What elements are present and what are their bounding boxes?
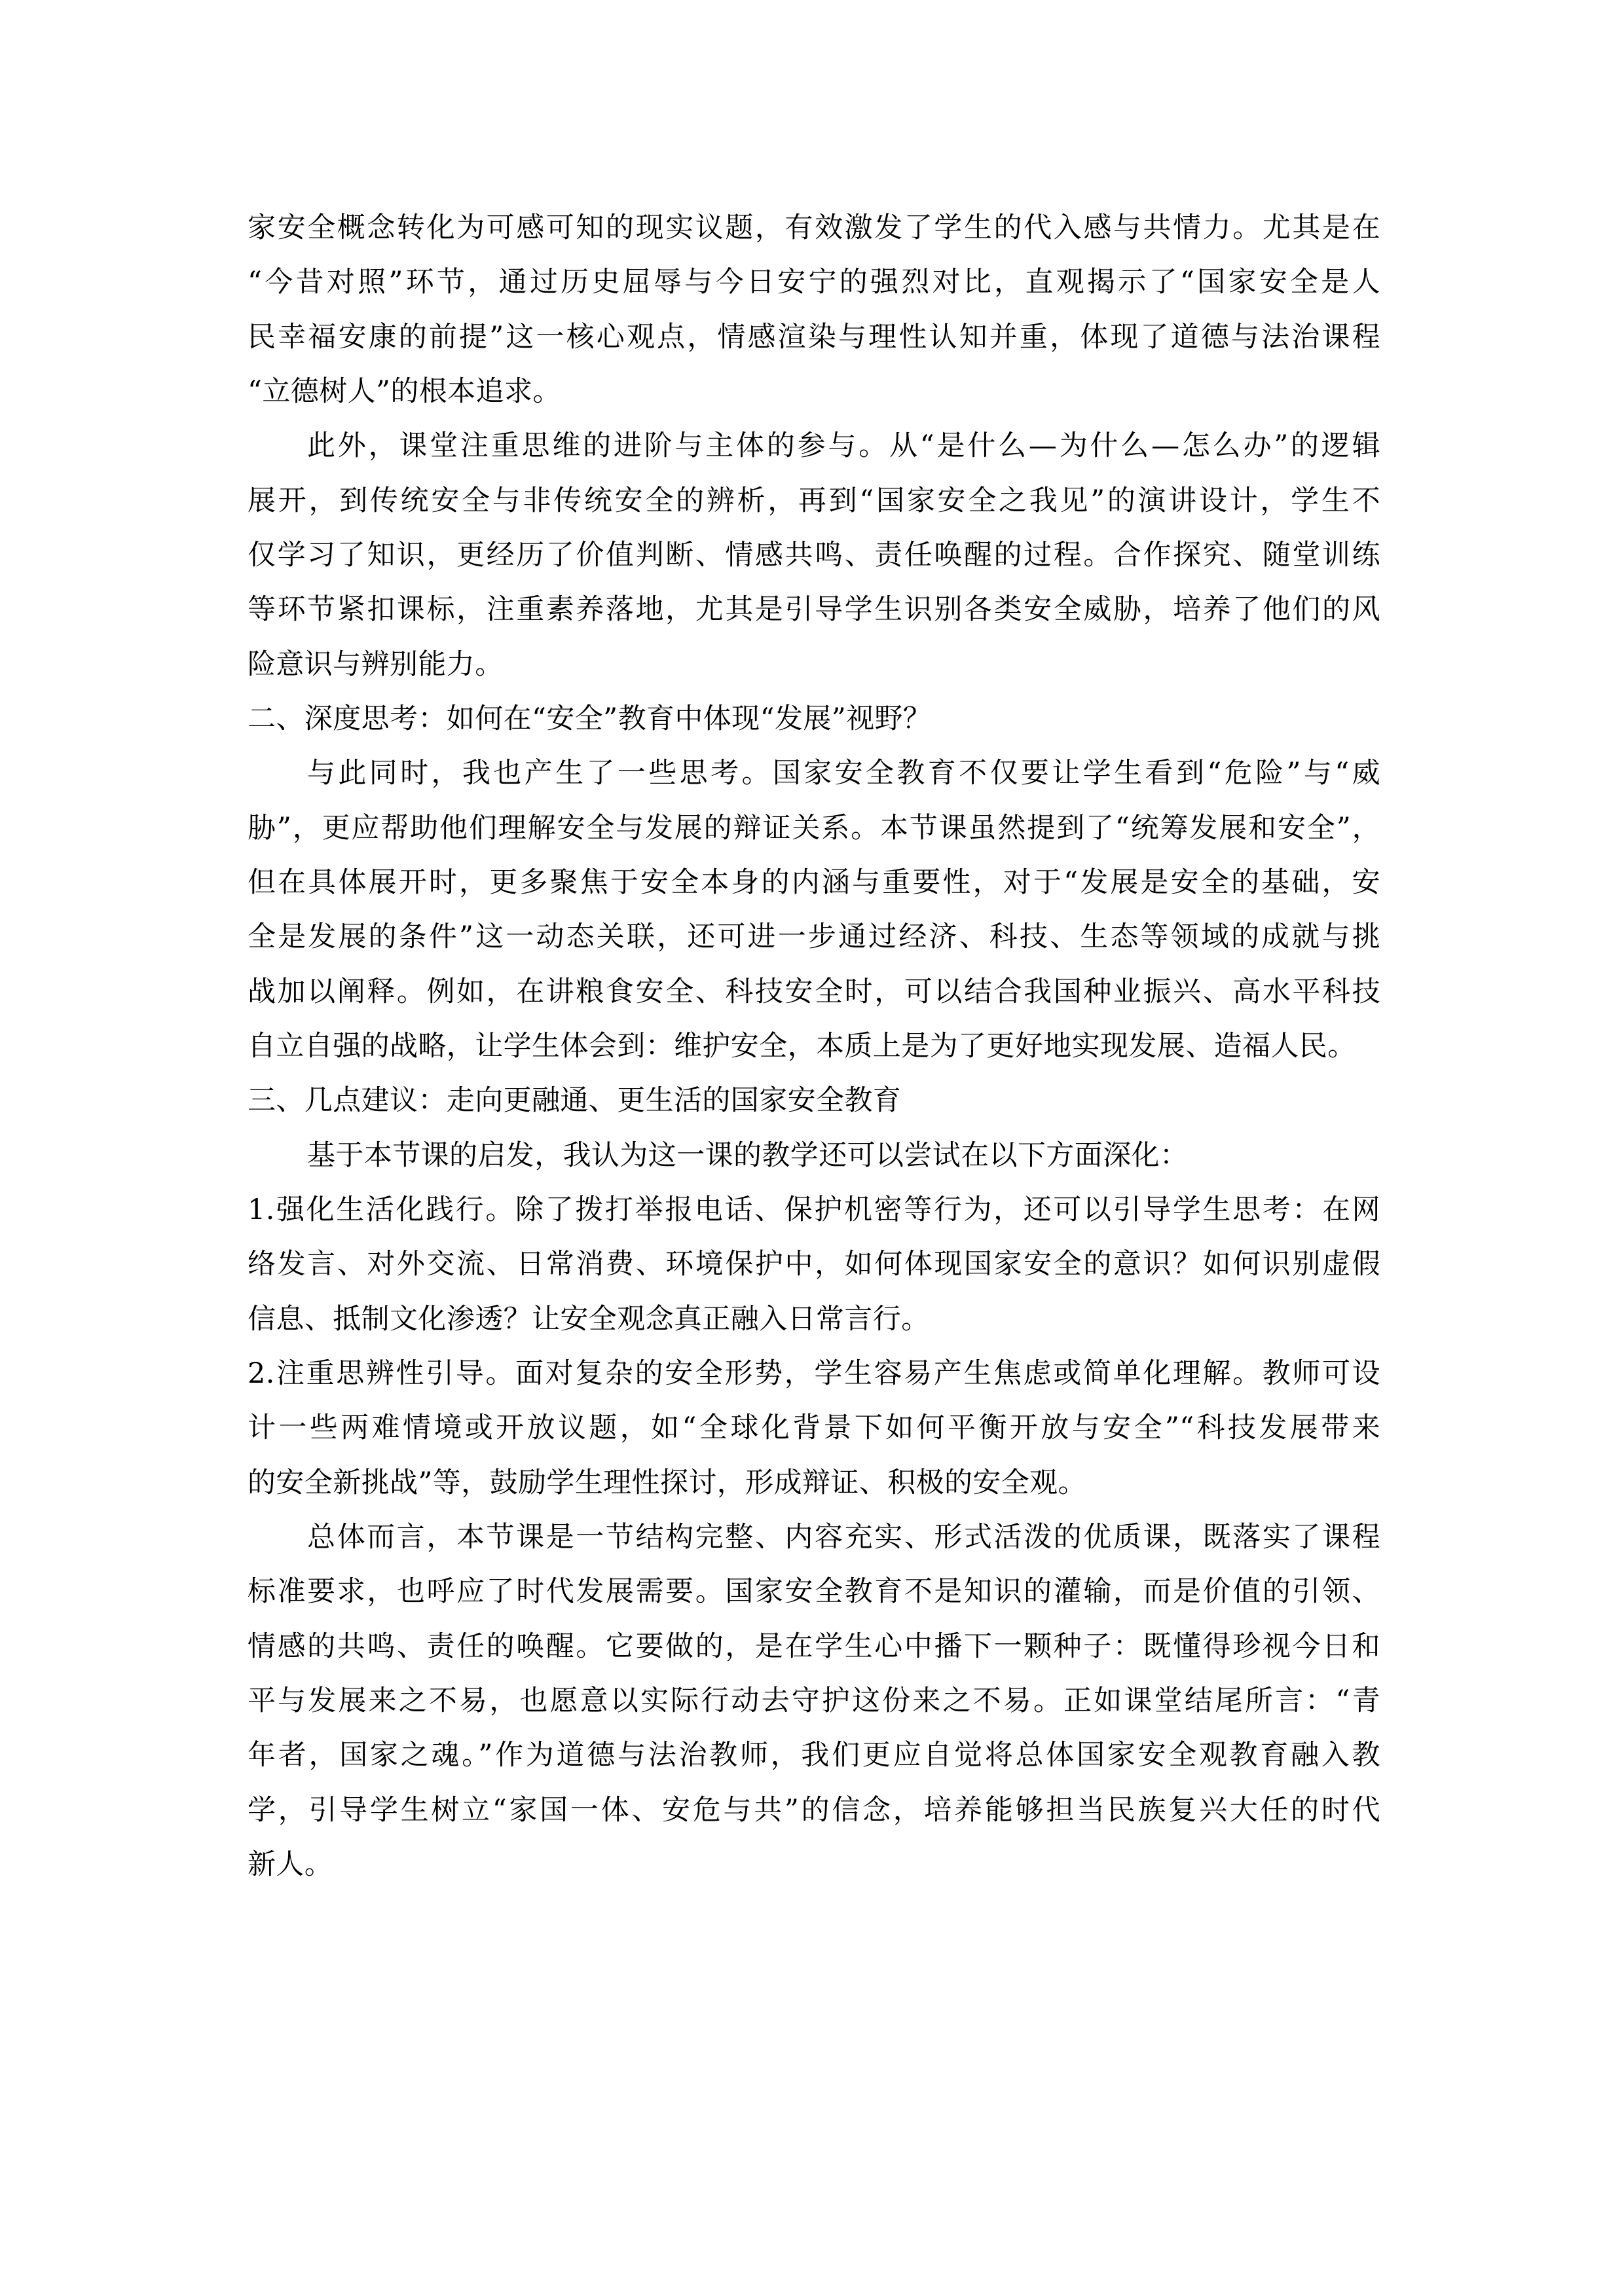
paragraph-thinking-progression: 此外，课堂注重思维的进阶与主体的参与。从“是什么—为什么—怎么办”的逻辑 展开，… [248, 419, 1380, 692]
text-line: 计一些两难情境或开放议题，如“全球化背景下如何平衡开放与安全”“科技发展带来 [248, 1401, 1380, 1455]
text-line: 与此同时，我也产生了一些思考。国家安全教育不仅要让学生看到“危险”与“威 [248, 746, 1380, 801]
text-line: 2.注重思辨性引导。面对复杂的安全形势，学生容易产生焦虑或简单化理解。教师可设 [248, 1347, 1380, 1401]
text-line: 1.强化生活化践行。除了拨打举报电话、保护机密等行为，还可以引导学生思考：在网 [248, 1183, 1380, 1237]
text-line: 总体而言，本节课是一节结构完整、内容充实、形式活泼的优质课，既落实了课程 [248, 1510, 1380, 1565]
text-line: 的安全新挑战”等，鼓励学生理性探讨，形成辩证、积极的安全观。 [248, 1456, 1380, 1510]
list-item-critical-thinking: 2.注重思辨性引导。面对复杂的安全形势，学生容易产生焦虑或简单化理解。教师可设 … [248, 1347, 1380, 1510]
text-line: 自立自强的战略，让学生体会到：维护安全，本质上是为了更好地实现发展、造福人民。 [248, 1019, 1380, 1074]
text-line: 信息、抵制文化渗透？让安全观念真正融入日常言行。 [248, 1292, 1380, 1347]
text-line: 络发言、对外交流、日常消费、环境保护中，如何体现国家安全的意识？如何识别虚假 [248, 1237, 1380, 1292]
text-line: 平与发展来之不易，也愿意以实际行动去守护这份来之不易。正如课堂结尾所言：“青 [248, 1674, 1380, 1728]
text-line: 胁”，更应帮助他们理解安全与发展的辩证关系。本节课虽然提到了“统筹发展和安全”， [248, 801, 1380, 856]
text-line: 险意识与辨别能力。 [248, 638, 1380, 692]
text-line: 标准要求，也呼应了时代发展需要。国家安全教育不是知识的灌输，而是价值的引领、 [248, 1565, 1380, 1619]
text-line: 新人。 [248, 1838, 1380, 1892]
text-line: “今昔对照”环节，通过历史屈辱与今日安宁的强烈对比，直观揭示了“国家安全是人 [248, 255, 1380, 310]
text-line: 全是发展的条件”这一动态关联，还可进一步通过经济、科技、生态等领域的成就与挑 [248, 910, 1380, 964]
document-page: 家安全概念转化为可感可知的现实议题，有效激发了学生的代入感与共情力。尤其是在 “… [0, 0, 1624, 2296]
text-line: 年者，国家之魂。”作为道德与法治教师，我们更应自觉将总体国家安全观教育融入教 [248, 1728, 1380, 1783]
paragraph-conclusion: 总体而言，本节课是一节结构完整、内容充实、形式活泼的优质课，既落实了课程 标准要… [248, 1510, 1380, 1892]
document-body: 家安全概念转化为可感可知的现实议题，有效激发了学生的代入感与共情力。尤其是在 “… [248, 201, 1380, 1892]
text-line: 学，引导学生树立“家国一体、安危与共”的信念，培养能够担当民族复兴大任的时代 [248, 1783, 1380, 1838]
section-heading-deep-thinking: 二、深度思考：如何在“安全”教育中体现“发展”视野？ [248, 692, 1380, 746]
text-line: 但在具体展开时，更多聚焦于安全本身的内涵与重要性，对于“发展是安全的基础，安 [248, 856, 1380, 910]
paragraph-intro-continuation: 家安全概念转化为可感可知的现实议题，有效激发了学生的代入感与共情力。尤其是在 “… [248, 201, 1380, 419]
text-line: 等环节紧扣课标，注重素养落地，尤其是引导学生识别各类安全威胁，培养了他们的风 [248, 583, 1380, 637]
text-line: 家安全概念转化为可感可知的现实议题，有效激发了学生的代入感与共情力。尤其是在 [248, 201, 1380, 255]
text-line: 仅学习了知识，更经历了价值判断、情感共鸣、责任唤醒的过程。合作探究、随堂训练 [248, 528, 1380, 583]
text-line: 此外，课堂注重思维的进阶与主体的参与。从“是什么—为什么—怎么办”的逻辑 [248, 419, 1380, 473]
list-item-life-practice: 1.强化生活化践行。除了拨打举报电话、保护机密等行为，还可以引导学生思考：在网 … [248, 1183, 1380, 1347]
text-line: 民幸福安康的前提”这一核心观点，情感渲染与理性认知并重，体现了道德与法治课程 [248, 310, 1380, 365]
text-line: 情感的共鸣、责任的唤醒。它要做的，是在学生心中播下一颗种子：既懂得珍视今日和 [248, 1620, 1380, 1674]
section-heading-suggestions: 三、几点建议：走向更融通、更生活的国家安全教育 [248, 1074, 1380, 1128]
paragraph-suggestions-intro: 基于本节课的启发，我认为这一课的教学还可以尝试在以下方面深化： [248, 1129, 1380, 1183]
text-line: 展开，到传统安全与非传统安全的辨析，再到“国家安全之我见”的演讲设计，学生不 [248, 474, 1380, 528]
paragraph-security-development: 与此同时，我也产生了一些思考。国家安全教育不仅要让学生看到“危险”与“威 胁”，… [248, 746, 1380, 1074]
text-line: 战加以阐释。例如，在讲粮食安全、科技安全时，可以结合我国种业振兴、高水平科技 [248, 965, 1380, 1019]
text-line: “立德树人”的根本追求。 [248, 365, 1380, 419]
